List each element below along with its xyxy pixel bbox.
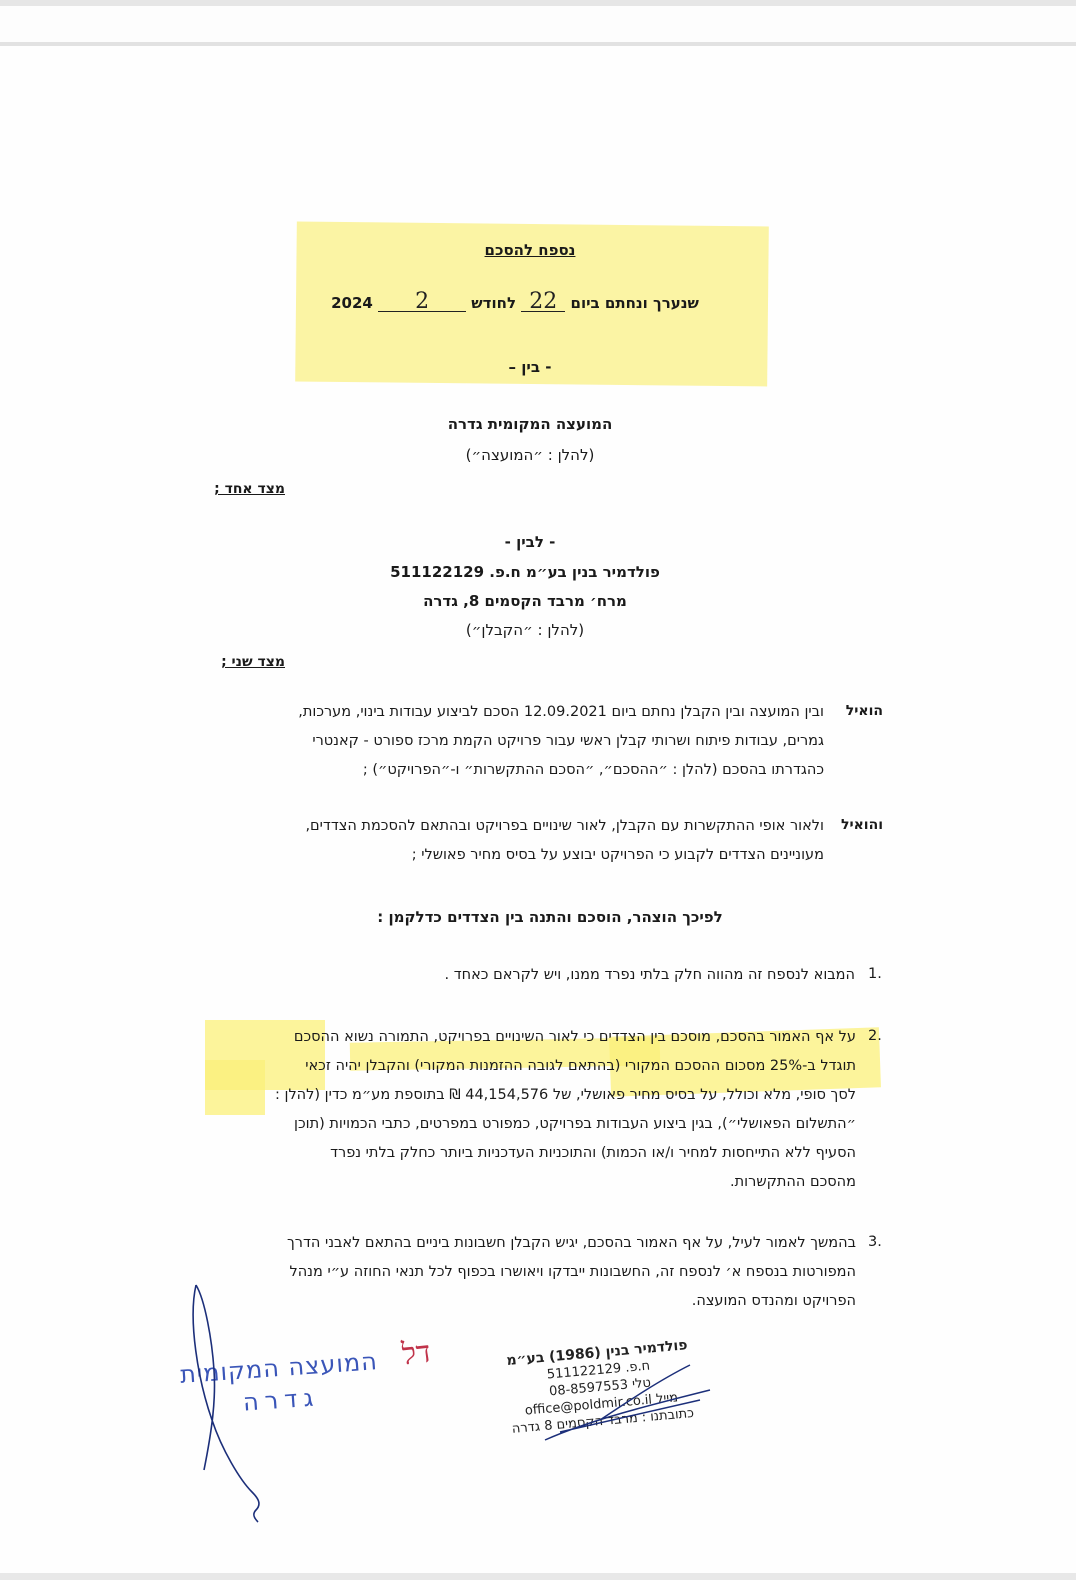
party-two-name: פולדמיר בנין בע״מ ח.פ. 511122129 bbox=[300, 563, 750, 581]
date-line: שנערך ונחתם ביום 22 לחודש 2 2024 bbox=[330, 293, 700, 312]
whereas-1-line: ובין המועצה ובין הקבלן נחתם ביום 12.09.2… bbox=[188, 698, 824, 727]
viewer-divider-bottom bbox=[0, 1573, 1076, 1580]
party-two-side-label: מצד שני ; bbox=[205, 654, 285, 670]
top-bar bbox=[0, 0, 1076, 6]
clause-3-number: 3. bbox=[868, 1234, 882, 1250]
clause-2-line: לסך סופי, מלא וכולל, על בסיס מחיר פאושלי… bbox=[210, 1081, 856, 1110]
date-month: 2 bbox=[378, 293, 466, 312]
date-prefix: שנערך ונחתם ביום bbox=[571, 294, 699, 312]
therefore-heading: לפיכך הוצהר, הוסכם והתנה בין הצדדים כדלק… bbox=[300, 908, 800, 926]
clause-2-line: תוגדל ב-25% מסכום ההסכם המקורי (בהתאם לג… bbox=[210, 1052, 856, 1081]
date-day: 22 bbox=[521, 293, 565, 312]
party-two-address: מרח׳ מרבד הקסמים 8, גדרה bbox=[300, 592, 750, 610]
clause-1-text: המבוא לנספח זה מהווה חלק בלתי נפרד ממנו,… bbox=[215, 961, 855, 990]
clause-2-line: הסעיף ללא התייחסות למחיר ו/או הכמות) והת… bbox=[210, 1139, 856, 1168]
whereas-2-line: ולאור אופי ההתקשרות עם הקבלן, לאור שינוי… bbox=[188, 812, 824, 841]
document-title: נספח להסכם bbox=[380, 241, 680, 259]
clause-3-line: בהמשך לאמור לעיל, על אף האמור בהסכם, יגי… bbox=[210, 1229, 856, 1258]
whereas-1-line: כהגדרתו בהסכם (להלן : ״ההסכם״, ״הסכם ההת… bbox=[188, 756, 824, 785]
clause-2-text: על אף האמור בהסכם, מוסכם בין הצדדים כי ל… bbox=[210, 1023, 856, 1197]
month-label: לחודש bbox=[471, 294, 516, 312]
initials-mark: דל bbox=[400, 1335, 432, 1373]
party-one-side-label: מצד אחד ; bbox=[205, 481, 285, 497]
between-label: - בין – bbox=[430, 358, 630, 376]
party-one-alias: (להלן : ״המועצה״) bbox=[330, 446, 730, 464]
whereas-2-line: מעוניינים הצדדים לקבוע כי הפרויקט יבוצע … bbox=[188, 841, 824, 870]
clause-2-number: 2. bbox=[868, 1028, 882, 1044]
clause-2-line: מהסכם ההתקשרות. bbox=[210, 1168, 856, 1197]
clause-3-line: הפרויקט ומהנדס המועצה. bbox=[210, 1287, 856, 1316]
clause-2-line: ״התשלום הפאושלי״), בגין ביצוע העבודות בפ… bbox=[210, 1110, 856, 1139]
date-year: 2024 bbox=[331, 294, 373, 312]
whereas-1-line: גמרים, עבודות פיתוח ושרותי קבלן ראשי עבו… bbox=[188, 727, 824, 756]
whereas-label-2: והואיל bbox=[828, 817, 883, 833]
clause-3-line: המפורטות בנספח א׳ לנספח זה, החשבונות ייב… bbox=[210, 1258, 856, 1287]
clause-3-text: בהמשך לאמור לעיל, על אף האמור בהסכם, יגי… bbox=[210, 1229, 856, 1316]
party-two-alias: (להלן : ״הקבלן״) bbox=[300, 621, 750, 639]
clause-2-line: על אף האמור בהסכם, מוסכם בין הצדדים כי ל… bbox=[210, 1023, 856, 1052]
clause-1-number: 1. bbox=[868, 966, 882, 982]
whereas-1-text: ובין המועצה ובין הקבלן נחתם ביום 12.09.2… bbox=[188, 698, 824, 785]
whereas-2-text: ולאור אופי ההתקשרות עם הקבלן, לאור שינוי… bbox=[188, 812, 824, 870]
and-between-label: - לבין - bbox=[430, 533, 630, 551]
clause-1-line: המבוא לנספח זה מהווה חלק בלתי נפרד ממנו,… bbox=[215, 961, 855, 990]
party-one-name: המועצה המקומית גדרה bbox=[330, 415, 730, 433]
whereas-label-1: הואיל bbox=[828, 703, 883, 719]
